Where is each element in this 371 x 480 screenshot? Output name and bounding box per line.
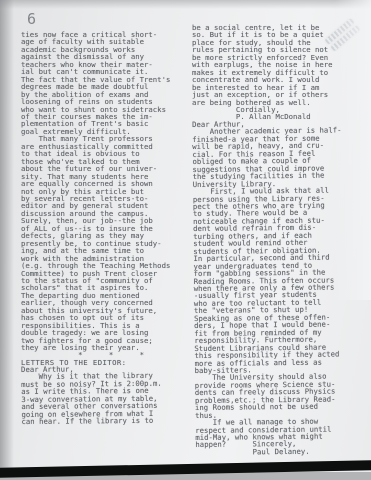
article-text: ties now face a critical short- age of f…	[21, 31, 189, 351]
scanned-newsletter-page: 6 ties now face a critical short- age of…	[0, 0, 371, 480]
page-number: 6	[27, 10, 36, 28]
letter-two: Dear Arthur, Another academic year is ha…	[192, 119, 371, 456]
left-column: ties now face a critical short- age of f…	[21, 31, 189, 426]
right-column: be a social centre, let it be so. But if…	[192, 24, 368, 456]
letter-one-continuation: be a social centre, let it be so. But if…	[192, 24, 368, 121]
letter-one-opening: Dear Arthur, Why is it that the library …	[21, 365, 190, 426]
